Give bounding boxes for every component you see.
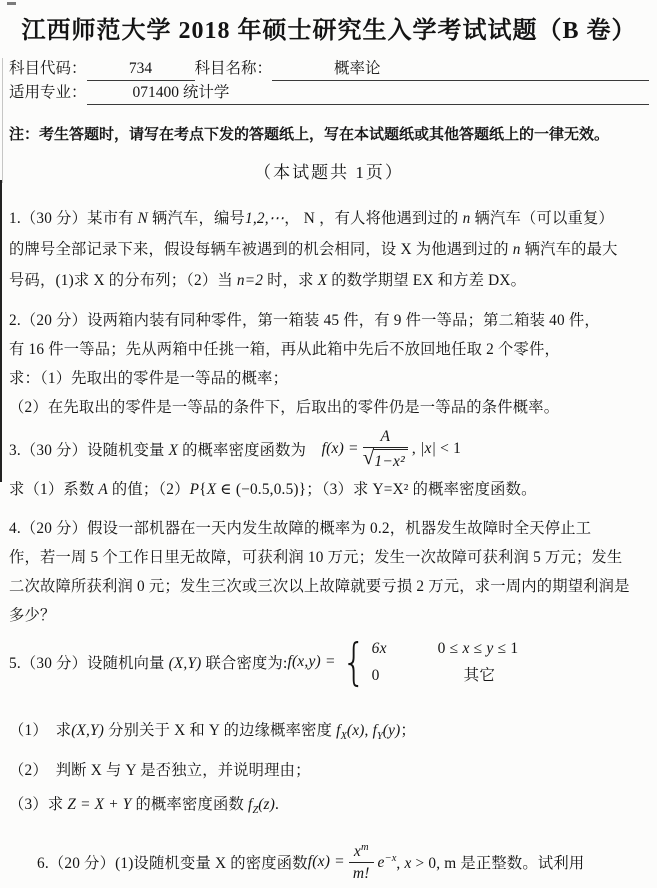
q6-e-base: e <box>378 854 385 871</box>
exam-paper: 江西师范大学 2018 年硕士研究生入学考试试题（B 卷） 科目代码： 734 … <box>0 0 657 888</box>
q6-density-formula: f(x) = xm m! e−x <box>308 841 397 884</box>
header-row-subject: 科目代码： 734 科目名称： 概率论 <box>9 57 649 81</box>
question-6-prefix: 6.（20 分）(1)设随机变量 X 的密度函数 <box>37 851 308 873</box>
question-3-subquestions: 求（1）系数 A 的值；（2）P{X ∈ (−0.5,0.5)}；（3）求 Y=… <box>9 474 649 505</box>
header-row-major: 适用专业： 071400 统计学 <box>9 81 649 105</box>
case-1-condition: 0 ≤ x ≤ y ≤ 1 <box>438 636 519 661</box>
q6-formula-lhs: f(x) = <box>308 853 345 871</box>
question-5-items: （1） 求(X,Y) 分别关于 X 和 Y 的边缘概率密度 fX(x), fY(… <box>9 714 649 828</box>
question-4-line: 二次故障所获利润 0 元；发生三次或三次以上故障就要亏损 2 万元，求一周内的期… <box>9 572 649 601</box>
q6-num-base: x <box>354 843 361 860</box>
question-5-intro: 5.（30 分）设随机向量 (X,Y) 联合密度为: <box>9 651 287 673</box>
question-2-line: 求：（1）先取出的零件是一等品的概率； <box>9 364 649 393</box>
q5-formula-lhs: f(x,y) = <box>287 653 335 671</box>
question-1-line: 的牌号全部记录下来，假设每辆车被遇到的机会相同，设 X 为他遇到过的 n 辆汽车… <box>9 234 649 265</box>
scan-artifact-left <box>0 180 2 482</box>
case-2-condition: 其它 <box>438 663 519 688</box>
question-5-item: （2） 判断 X 与 Y 是否独立，并说明理由； <box>9 754 649 788</box>
question-4-line: 多少？ <box>9 601 649 630</box>
question-4-line: 4.（20 分）假设一部机器在一天内发生故障的概率为 0.2，机器发生故障时全天… <box>9 514 649 543</box>
question-6-line: 6.（20 分）(1)设随机变量 X 的密度函数 f(x) = xm m! e−… <box>37 838 649 886</box>
q6-num-exponent: m <box>361 842 369 853</box>
question-1-line: 1.（30 分）某市有 N 辆汽车，编号1,2,⋯， N ，有人将他遇到过的 n… <box>9 203 649 234</box>
case-1-value: 6x <box>372 636 418 661</box>
case-grid: 6x 0 ≤ x ≤ y ≤ 1 0 其它 <box>372 636 519 688</box>
radicand: 1−x² <box>373 449 408 471</box>
sqrt-expression: √1−x² <box>363 449 408 471</box>
subject-code-label: 科目代码： <box>9 57 87 80</box>
q3-density-formula: f(x) = A √1−x² , |x| < 1 <box>322 427 462 472</box>
q5-joint-density-formula: f(x,y) = { 6x 0 ≤ x ≤ y ≤ 1 0 其它 <box>287 636 518 688</box>
question-3-formula-line: 3.（30 分）设随机变量 X 的概率密度函数为 f(x) = A √1−x² … <box>9 424 649 474</box>
q3-fraction: A √1−x² <box>363 427 408 472</box>
question-5: 5.（30 分）设随机向量 (X,Y) 联合密度为: f(x,y) = { 6x… <box>9 636 649 828</box>
page-count-note: （本试题共 1页） <box>9 159 649 187</box>
case-2-value: 0 <box>372 663 418 688</box>
q6-fraction-denominator: m! <box>349 863 374 883</box>
exam-notice: 注：考生答题时，请写在考点下发的答题纸上，写在本试题纸或其他答题纸上的一律无效。 <box>9 123 649 147</box>
question-5-item: （1） 求(X,Y) 分别关于 X 和 Y 的边缘概率密度 fX(x), fY(… <box>9 714 649 754</box>
exam-title: 江西师范大学 2018 年硕士研究生入学考试试题（B 卷） <box>9 14 649 48</box>
q6-fraction: xm m! <box>349 841 374 884</box>
question-4: 4.（20 分）假设一部机器在一天内发生故障的概率为 0.2，机器发生故障时全天… <box>9 514 649 630</box>
question-2: 2.（20 分）设两箱内装有同种零件，第一箱装 45 件，有 9 件一等品；第二… <box>9 306 649 422</box>
major-value: 071400 统计学 <box>87 81 649 105</box>
subject-name-value: 概率论 <box>272 57 649 81</box>
question-5-item: （3）求 Z = X + Y 的概率密度函数 fZ(z). <box>9 788 649 828</box>
question-3: 3.（30 分）设随机变量 X 的概率密度函数为 f(x) = A √1−x² … <box>9 424 649 505</box>
scan-artifact-left-faint <box>2 58 3 183</box>
question-1-line: 号码，(1)求 X 的分布列；（2）当 n=2 时，求 X 的数学期望 EX 和… <box>9 265 649 296</box>
question-6: 6.（20 分）(1)设随机变量 X 的密度函数 f(x) = xm m! e−… <box>9 838 649 886</box>
subject-code-value: 734 <box>87 57 195 81</box>
q3-formula-tail: , |x| < 1 <box>412 440 461 458</box>
q3-formula-lhs: f(x) = <box>322 440 359 458</box>
major-label: 适用专业： <box>9 81 87 104</box>
question-3-intro: 3.（30 分）设随机变量 X 的概率密度函数为 <box>9 438 322 460</box>
question-4-line: 作，若一周 5 个工作日里无故障，可获利润 10 万元；发生一次故障可获利润 5… <box>9 543 649 572</box>
q6-e-exponent: −x <box>385 853 397 864</box>
question-2-line: 2.（20 分）设两箱内装有同种零件，第一箱装 45 件，有 9 件一等品；第二… <box>9 306 649 335</box>
question-2-line: （2）在先取出的零件是一等品的条件下，后取出的零件仍是一等品的条件概率。 <box>9 393 649 422</box>
question-6-tail: , x > 0, m 是正整数。试利用 <box>396 851 584 873</box>
q6-exponential: e−x <box>378 853 397 872</box>
piecewise-cases: { 6x 0 ≤ x ≤ y ≤ 1 0 其它 <box>336 636 519 688</box>
scan-artifact-top-left <box>7 2 16 5</box>
subject-name-label: 科目名称： <box>195 57 273 80</box>
left-brace: { <box>342 640 366 685</box>
q6-fraction-numerator: xm <box>349 841 374 864</box>
question-2-line: 有 16 件一等品；先从两箱中任挑一箱，再从此箱中先后不放回地任取 2 个零件， <box>9 335 649 364</box>
question-5-formula-line: 5.（30 分）设随机向量 (X,Y) 联合密度为: f(x,y) = { 6x… <box>9 636 649 688</box>
question-1: 1.（30 分）某市有 N 辆汽车，编号1,2,⋯， N ，有人将他遇到过的 n… <box>9 203 649 296</box>
q3-fraction-denominator: √1−x² <box>363 448 408 471</box>
